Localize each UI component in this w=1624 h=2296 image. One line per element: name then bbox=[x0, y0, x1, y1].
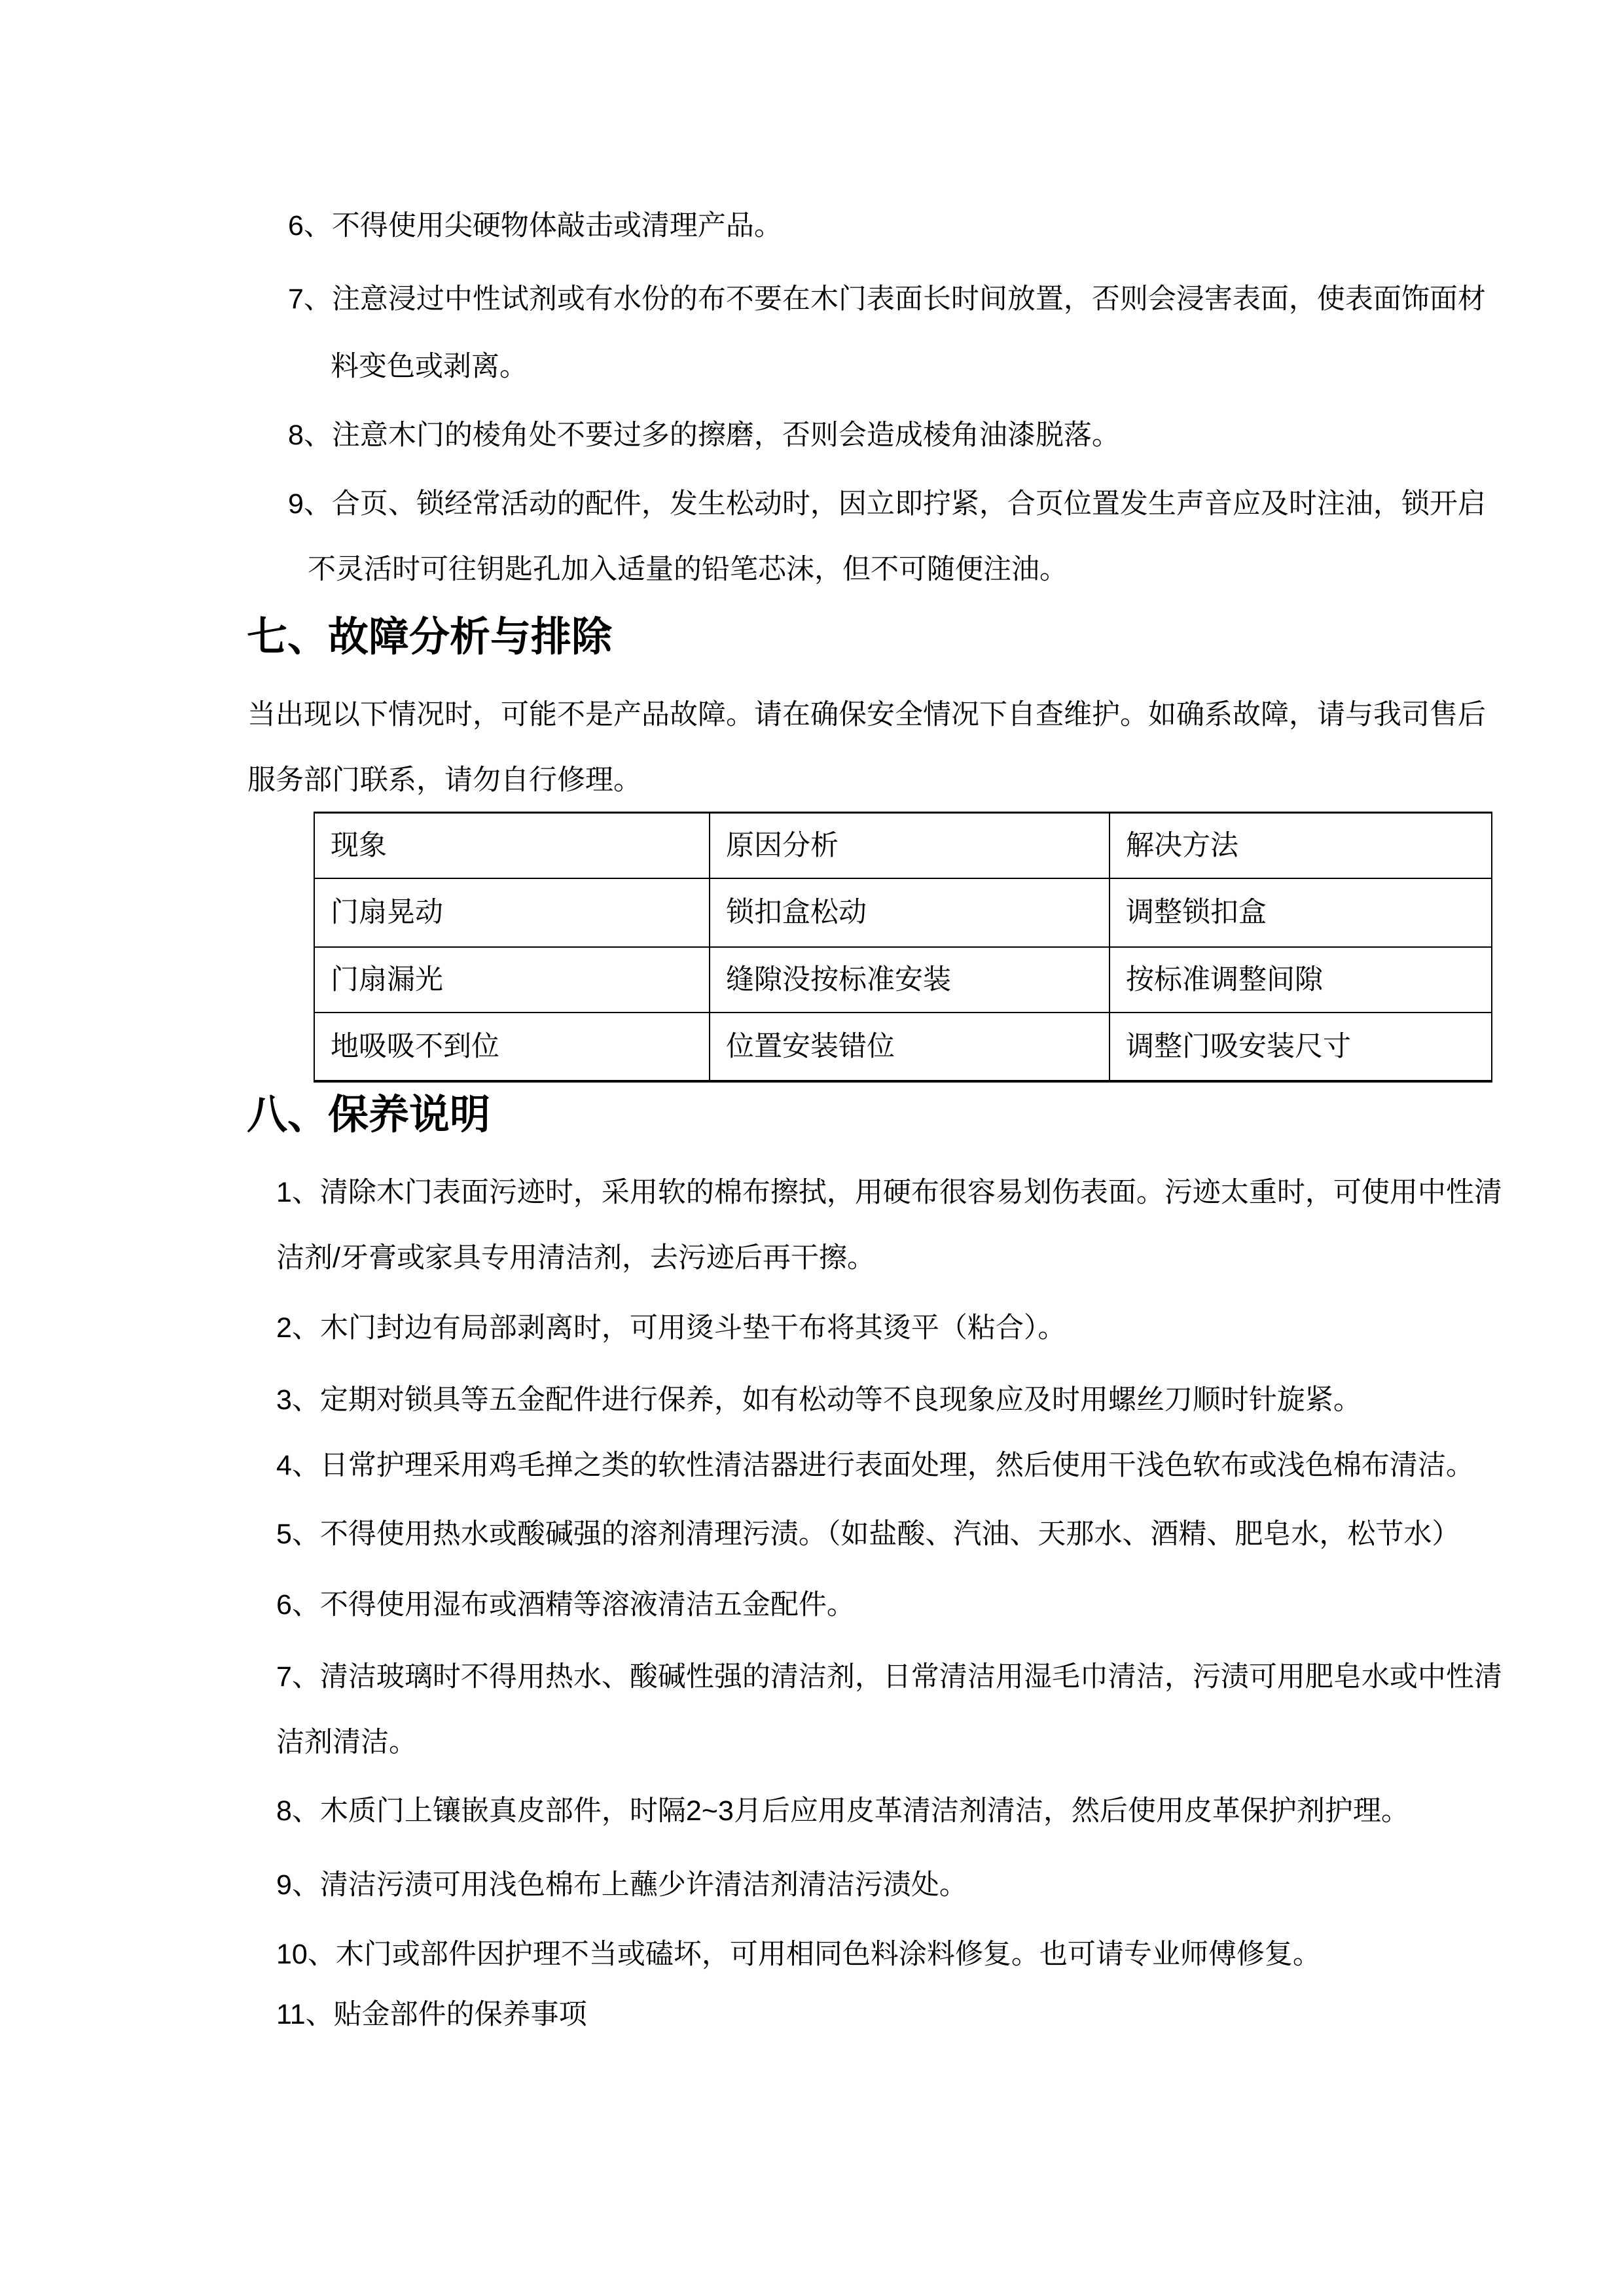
list-item-line: 7、注意浸过中性试剂或有水份的布不要在木门表面长时间放置，否则会浸害表面，使表面… bbox=[288, 283, 1486, 315]
list-item-line: 4、日常护理采用鸡毛掸之类的软性清洁器进行表面处理，然后使用干浅色软布或浅色棉布… bbox=[276, 1449, 1474, 1482]
list-item-line: 7、清洁玻璃时不得用热水、酸碱性强的清洁剂，日常清洁用湿毛巾清洁，污渍可用肥皂水… bbox=[276, 1660, 1502, 1693]
list-item-line: 洁剂/牙膏或家具专用清洁剂，去污迹后再干擦。 bbox=[276, 1242, 875, 1274]
list-item-line: 3、定期对锁具等五金配件进行保养，如有松动等不良现象应及时用螺丝刀顺时针旋紧。 bbox=[276, 1384, 1362, 1416]
list-item-line: 10、木门或部件因护理不当或磕坏，可用相同色料涂料修复。也可请专业师傅修复。 bbox=[276, 1938, 1321, 1971]
table-row: 门扇漏光 缝隙没按标准安装 按标准调整间隙 bbox=[314, 947, 1492, 1013]
list-item-line: 1、清除木门表面污迹时，采用软的棉布擦拭，用硬布很容易划伤表面。污迹太重时，可使… bbox=[276, 1176, 1502, 1209]
table-cell: 调整门吸安装尺寸 bbox=[1110, 1013, 1492, 1081]
section-heading-fault-analysis: 七、故障分析与排除 bbox=[247, 614, 612, 661]
list-item-line: 不灵活时可往钥匙孔加入适量的铅笔芯沫，但不可随便注油。 bbox=[308, 553, 1068, 586]
table-row: 门扇晃动 锁扣盒松动 调整锁扣盒 bbox=[314, 878, 1492, 947]
list-item-line: 11、贴金部件的保养事项 bbox=[276, 1998, 587, 2031]
list-item-line: 洁剂清洁。 bbox=[276, 1726, 417, 1759]
list-item-line: 8、注意木门的棱角处不要过多的擦磨，否则会造成棱角油漆脱落。 bbox=[288, 419, 1120, 452]
table-cell: 门扇漏光 bbox=[314, 947, 710, 1013]
table-cell: 锁扣盒松动 bbox=[710, 878, 1110, 947]
list-item-line: 9、合页、锁经常活动的配件，发生松动时，因立即拧紧，合页位置发生声音应及时注油，… bbox=[288, 488, 1486, 520]
table-header-cell: 现象 bbox=[314, 813, 710, 878]
table-cell: 按标准调整间隙 bbox=[1110, 947, 1492, 1013]
list-item-line: 9、清洁污渍可用浅色棉布上蘸少许清洁剂清洁污渍处。 bbox=[276, 1869, 967, 1901]
table-cell: 位置安装错位 bbox=[710, 1013, 1110, 1081]
list-item-line: 8、木质门上镶嵌真皮部件，时隔2~3月后应用皮革清洁剂清洁，然后使用皮革保护剂护… bbox=[276, 1795, 1409, 1827]
table-cell: 缝隙没按标准安装 bbox=[710, 947, 1110, 1013]
section-heading-maintenance: 八、保养说明 bbox=[247, 1092, 490, 1139]
fault-table: 现象 原因分析 解决方法 门扇晃动 锁扣盒松动 调整锁扣盒 门扇漏光 缝隙没按标… bbox=[314, 812, 1492, 1083]
table-header-cell: 解决方法 bbox=[1110, 813, 1492, 878]
table-row: 地吸吸不到位 位置安装错位 调整门吸安装尺寸 bbox=[314, 1013, 1492, 1081]
paragraph-line: 当出现以下情况时，可能不是产品故障。请在确保安全情况下自查维护。如确系故障，请与… bbox=[247, 698, 1486, 731]
list-item-line: 6、不得使用尖硬物体敲击或清理产品。 bbox=[288, 209, 782, 242]
document-page: 6、不得使用尖硬物体敲击或清理产品。 7、注意浸过中性试剂或有水份的布不要在木门… bbox=[0, 0, 1624, 2296]
list-item-line: 5、不得使用热水或酸碱强的溶剂清理污渍。（如盐酸、汽油、天那水、酒精、肥皂水，松… bbox=[276, 1518, 1460, 1551]
table-cell: 调整锁扣盒 bbox=[1110, 878, 1492, 947]
list-item-line: 2、木门封边有局部剥离时，可用烫斗垫干布将其烫平（粘合）。 bbox=[276, 1312, 1066, 1344]
table-cell: 门扇晃动 bbox=[314, 878, 710, 947]
list-item-line: 6、不得使用湿布或酒精等溶液清洁五金配件。 bbox=[276, 1588, 855, 1621]
table-cell: 地吸吸不到位 bbox=[314, 1013, 710, 1081]
list-item-line: 料变色或剥离。 bbox=[331, 350, 528, 383]
paragraph-line: 服务部门联系，请勿自行修理。 bbox=[247, 764, 641, 797]
table-header-row: 现象 原因分析 解决方法 bbox=[314, 813, 1492, 878]
table-header-cell: 原因分析 bbox=[710, 813, 1110, 878]
